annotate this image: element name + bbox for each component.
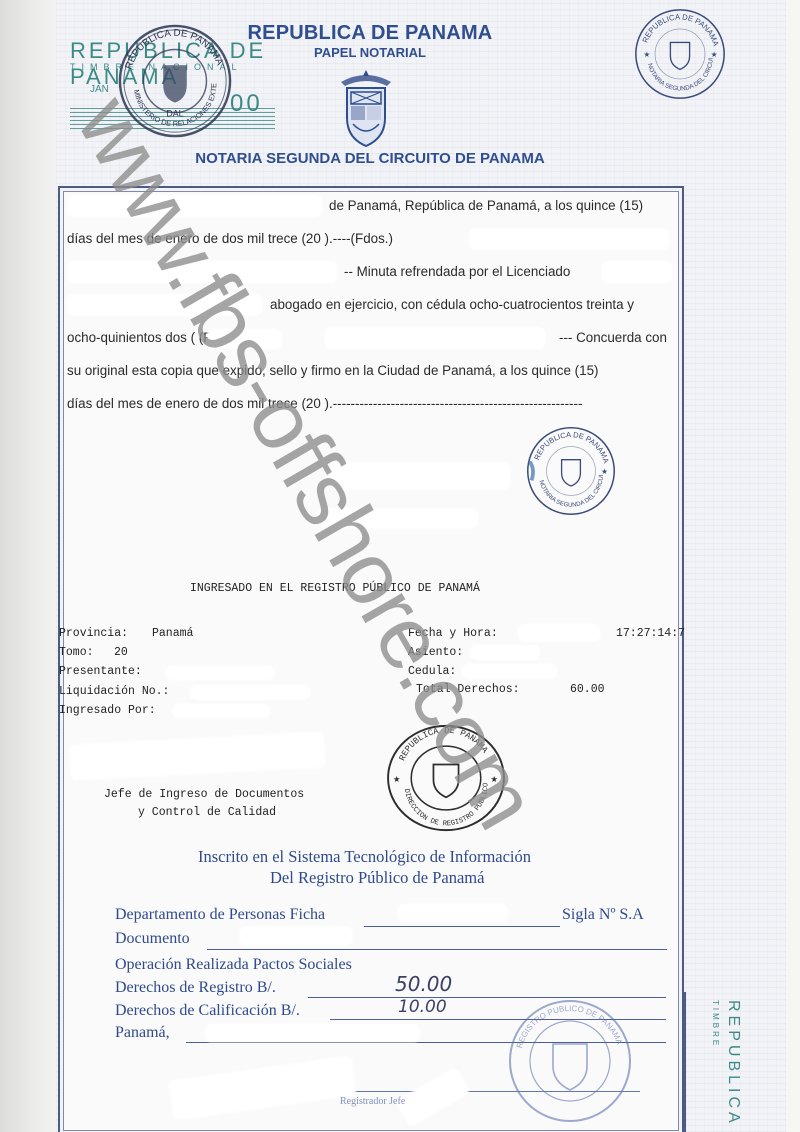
ingresado-label: Ingresado Por: (59, 704, 156, 717)
operacion-label: Operación Realizada Pactos Sociales (115, 956, 352, 974)
total-derechos-label: Total Derechos: (416, 683, 520, 696)
liquidacion-label: Liquidación No.: (59, 685, 169, 698)
firma-label: Registrador Jefe (340, 1096, 405, 1107)
header-subtitle: PAPEL NOTARIAL (240, 45, 500, 60)
redaction (470, 645, 540, 660)
header-title: REPUBLICA DE PANAMA (240, 22, 500, 45)
inscrito-line1: Inscrito en el Sistema Tecnológico de In… (198, 847, 531, 867)
panama-label: Panamá, (115, 1024, 170, 1042)
paper-edge (786, 0, 800, 1132)
notaria-seal-mid-icon: REPUBLICA DE PANAMA NOTARIA SEGUNDA DEL … (524, 424, 618, 518)
body-line: días del mes de enero de dos mil trece (… (67, 222, 667, 255)
provincia-label: Provincia: (59, 627, 128, 640)
documento-rule (207, 949, 667, 950)
redaction (67, 261, 337, 283)
body-line: ocho-quinientos dos ( (Fdo.) --- Concuer… (67, 321, 667, 354)
redaction (318, 508, 478, 528)
redaction (207, 329, 282, 349)
tomo-value: 20 (114, 646, 128, 659)
notaria-heading: NOTARIA SEGUNDA DEL CIRCUITO DE PANAMA (150, 150, 590, 167)
svg-text:★: ★ (490, 774, 498, 784)
body-line: su original esta copia que expido, sello… (67, 354, 667, 387)
sigla-label: Sigla Nº S.A (562, 906, 644, 924)
redaction (330, 462, 510, 490)
redaction (325, 327, 545, 349)
autenticacion-seal-icon: REPUBLICA DE PANAMA MINISTERIO DE RELACI… (116, 22, 234, 140)
body-line: de Panamá, República de Panamá, a los qu… (67, 189, 667, 222)
provincia-value: Panamá (152, 627, 193, 640)
body-text-6: --- Concuerda con (559, 321, 667, 354)
svg-text:REGISTRO PUBLICO DE PANAMA: REGISTRO PUBLICO DE PANAMA (515, 1004, 624, 1049)
redaction (67, 294, 262, 316)
registro-publico-seal-icon: REPUBLICA DE PANAMA DIRECCION DE REGISTR… (383, 722, 509, 834)
body-line: días del mes de enero de dos mil trece (… (67, 387, 667, 420)
presentante-label: Presentante: (59, 665, 142, 678)
svg-text:★: ★ (601, 467, 608, 476)
body-text-7: su original esta copia que expido, sello… (67, 354, 598, 387)
fecha-label: Fecha y Hora: (408, 627, 498, 640)
tomo-label: Tomo: (59, 646, 94, 659)
scan-edge (0, 0, 58, 1132)
derechos-registro-value: 50.00 (395, 972, 452, 996)
redaction (602, 261, 672, 283)
body-text-1: de Panamá, República de Panamá, a los qu… (329, 189, 643, 222)
side-timbre-line1: REPUBLICA (725, 1000, 742, 1127)
svg-text:★: ★ (711, 50, 718, 59)
timbre-date: JAN (90, 84, 109, 95)
body-line: -- Minuta refrendada por el Licenciado (67, 255, 667, 288)
body-text-2: días del mes de enero de dos mil trece (… (67, 222, 393, 255)
derechos-calificacion-value: 10.00 (398, 997, 447, 1017)
svg-text:★: ★ (393, 774, 401, 784)
redaction (165, 666, 275, 680)
total-derechos-value: 60.00 (570, 683, 605, 696)
body-text-8: días del mes de enero de dos mil trece (… (67, 387, 582, 420)
inscrito-line2: Del Registro Público de Panamá (270, 868, 484, 888)
documento-label: Documento (115, 930, 190, 948)
redaction (518, 624, 600, 642)
notarial-body: de Panamá, República de Panamá, a los qu… (67, 189, 667, 420)
svg-text:DAL: DAL (166, 108, 183, 118)
redaction (240, 926, 352, 946)
redaction (398, 904, 508, 922)
redaction (462, 664, 557, 679)
body-text-4: abogado en ejercicio, con cédula ocho-cu… (270, 288, 634, 321)
side-timbre-line2: TIMBRE (711, 1000, 720, 1048)
body-text-3: -- Minuta refrendada por el Licenciado (344, 255, 570, 288)
asiento-label: Asiento: (408, 646, 463, 659)
redaction (469, 228, 669, 250)
cedula-label: Cedula: (408, 665, 456, 678)
svg-text:REPUBLICA DE PANAMA: REPUBLICA DE PANAMA (397, 726, 490, 763)
registro-title: INGRESADO EN EL REGISTRO PÚBLICO DE PANA… (190, 582, 480, 595)
redaction (190, 685, 310, 700)
departamento-label: Departamento de Personas Ficha (115, 906, 325, 924)
notaria-seal-top-icon: REPUBLICA DE PANAMA NOTARIA SEGUNDA DEL … (632, 6, 728, 102)
body-line: abogado en ejercicio, con cédula ocho-cu… (67, 288, 667, 321)
coat-of-arms-icon (333, 68, 399, 148)
redaction (67, 195, 322, 217)
ficha-rule (364, 926, 560, 927)
registro-seal-bottom-icon: REGISTRO PUBLICO DE PANAMA (505, 996, 635, 1126)
fecha-time: 17:27:14:7 (616, 627, 685, 640)
redaction (172, 704, 270, 718)
jefe-line2: y Control de Calidad (138, 806, 276, 819)
redaction (205, 1024, 420, 1042)
derechos-calificacion-label: Derechos de Calificación B/. (115, 1002, 300, 1020)
side-timbre-stamp: REPUBLICA TIMBRE (712, 1000, 742, 1130)
svg-text:★: ★ (644, 50, 651, 59)
frame-edge (684, 992, 686, 1132)
jefe-line1: Jefe de Ingreso de Documentos (104, 788, 304, 801)
derechos-registro-label: Derechos de Registro B/. (115, 979, 276, 997)
